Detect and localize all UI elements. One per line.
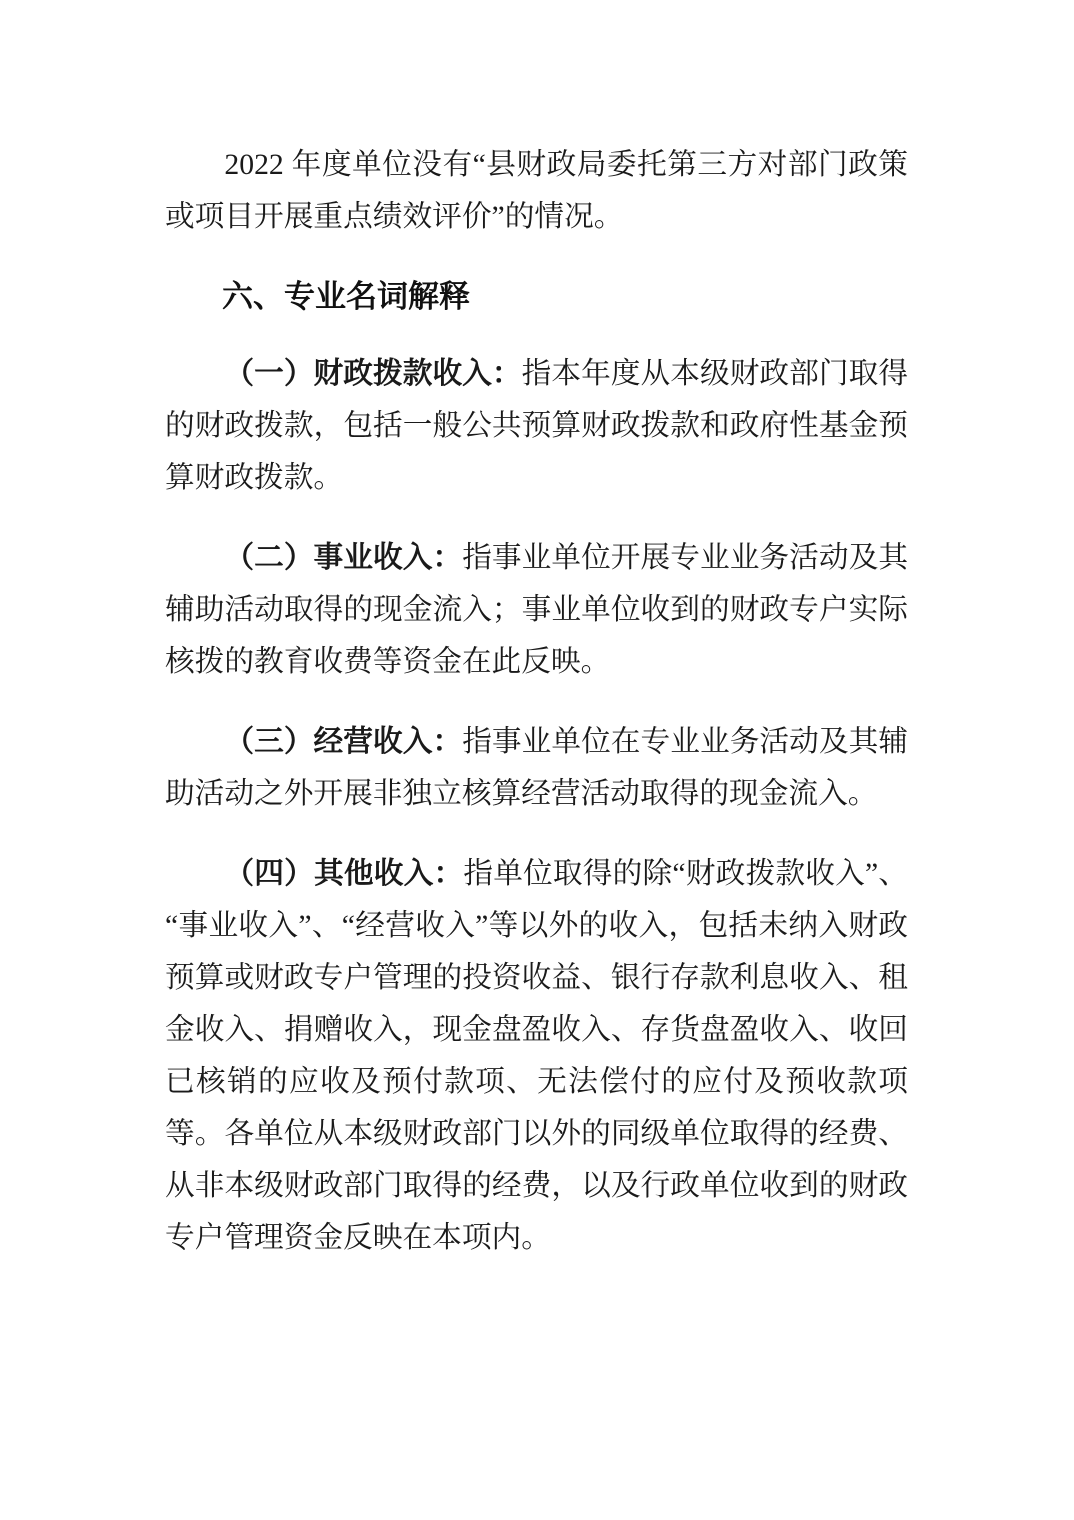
term-label: （三）经营收入： <box>224 726 462 758</box>
document-page: 2022 年度单位没有“县财政局委托第三方对部门政策或项目开展重点绩效评价”的情… <box>0 0 1074 1520</box>
term-label: （四）其他收入： <box>224 858 463 890</box>
term-paragraph-other-income: （四）其他收入：指单位取得的除“财政拨款收入”、“事业收入”、“经营收入”等以外… <box>165 848 908 1264</box>
term-definition: 指单位取得的除“财政拨款收入”、“事业收入”、“经营收入”等以外的收入，包括未纳… <box>165 858 908 1254</box>
term-paragraph-institutional-income: （二）事业收入：指事业单位开展专业业务活动及其辅助活动取得的现金流入；事业单位收… <box>165 532 908 688</box>
term-paragraph-operating-income: （三）经营收入：指事业单位在专业业务活动及其辅助活动之外开展非独立核算经营活动取… <box>165 716 908 820</box>
intro-paragraph: 2022 年度单位没有“县财政局委托第三方对部门政策或项目开展重点绩效评价”的情… <box>165 139 908 243</box>
section-heading: 六、专业名词解释 <box>165 271 908 323</box>
term-label: （二）事业收入： <box>224 542 462 574</box>
term-label: （一）财政拨款收入： <box>224 358 521 390</box>
term-paragraph-fiscal-appropriation-income: （一）财政拨款收入：指本年度从本级财政部门取得的财政拨款，包括一般公共预算财政拨… <box>165 348 908 504</box>
